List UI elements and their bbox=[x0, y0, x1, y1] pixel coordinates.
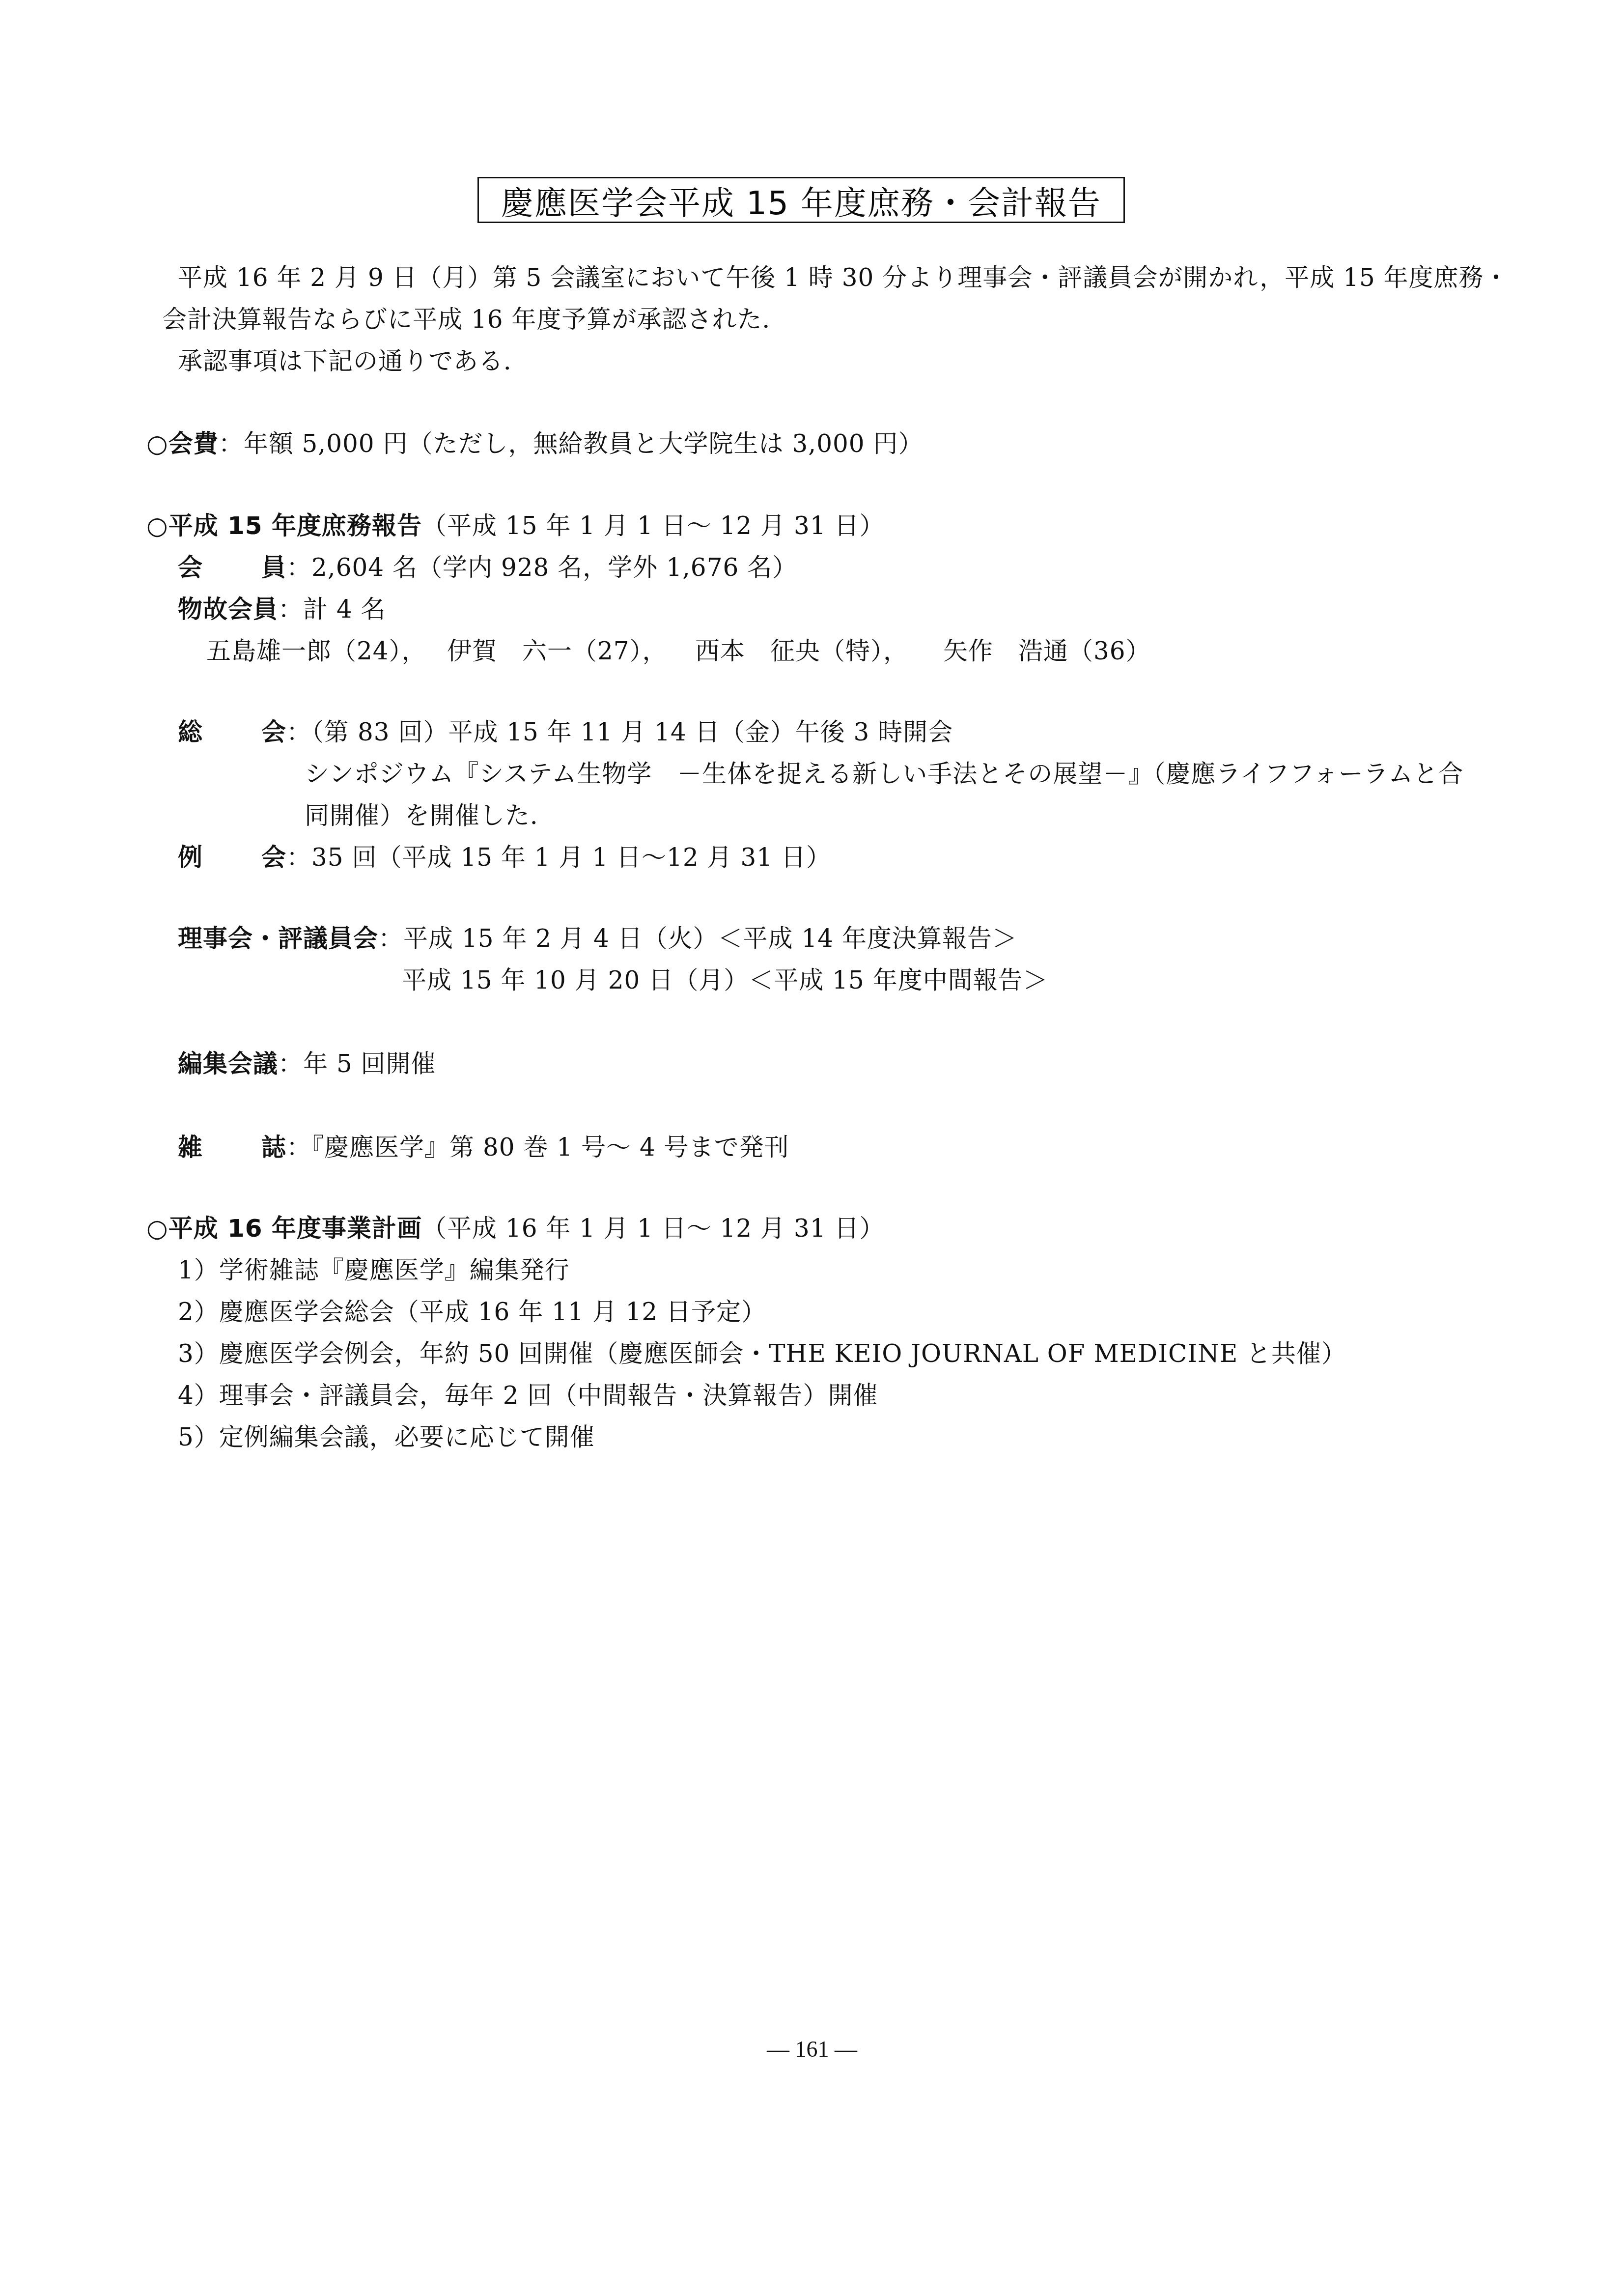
members-label-a: 会 bbox=[178, 555, 261, 580]
members-label-b: 員 bbox=[261, 553, 286, 582]
plan-item: 2）慶應医学会総会（平成 16 年 11 月 12 日予定） bbox=[178, 1300, 766, 1324]
regular-meeting-label-b: 会 bbox=[261, 843, 286, 872]
editorial-label: 編集会議 bbox=[178, 1049, 278, 1078]
deceased-name: 五島雄一郎（24）， bbox=[206, 639, 447, 663]
deceased-line: 物故会員：計 4 名 bbox=[178, 597, 386, 622]
deceased-names: 五島雄一郎（24），伊賀 六一（27），西本 征央（特），矢作 浩通（36） bbox=[206, 639, 1151, 663]
symposium-line-1: シンポジウム『システム生物学 －生体を捉える新しい手法とその展望－』（慶應ライフ… bbox=[305, 762, 1463, 786]
deceased-name: 西本 征央（特）， bbox=[695, 639, 943, 663]
deceased-name: 伊賀 六一（27）， bbox=[447, 639, 695, 663]
editorial-line: 編集会議：年 5 回開催 bbox=[178, 1051, 436, 1076]
editorial-value: ：年 5 回開催 bbox=[278, 1049, 436, 1078]
plan-item: 1）学術雑誌『慶應医学』編集発行 bbox=[178, 1258, 570, 1282]
general-meeting-label-b: 会 bbox=[261, 718, 286, 746]
intro-line-2: 会計決算報告ならびに平成 16 年度予算が承認された． bbox=[162, 307, 787, 332]
general-meeting-line: 総会：（第 83 回）平成 15 年 11 月 14 日（金）午後 3 時開会 bbox=[178, 720, 953, 744]
general-affairs-heading-line: ○平成 15 年度庶務報告（平成 15 年 1 月 1 日～ 12 月 31 日… bbox=[146, 513, 884, 538]
regular-meeting-label-a: 例 bbox=[178, 845, 261, 870]
fee-label: ○会費 bbox=[146, 429, 219, 458]
title-box: 慶應医学会平成 15 年度庶務・会計報告 bbox=[477, 177, 1125, 223]
plan-item: 4）理事会・評議員会，毎年 2 回（中間報告・決算報告）開催 bbox=[178, 1383, 878, 1408]
members-value: ：2,604 名（学内 928 名，学外 1,676 名） bbox=[286, 553, 797, 582]
page-number: ― 161 ― bbox=[0, 2038, 1624, 2061]
deceased-name: 矢作 浩通（36） bbox=[943, 639, 1151, 663]
board-label: 理事会・評議員会 bbox=[178, 924, 378, 953]
board-meeting-1: ：平成 15 年 2 月 4 日（火）＜平成 14 年度決算報告＞ bbox=[378, 924, 1017, 953]
members-line: 会員：2,604 名（学内 928 名，学外 1,676 名） bbox=[178, 555, 797, 580]
fee-line: ○会費：年額 5,000 円（ただし，無給教員と大学院生は 3,000 円） bbox=[146, 431, 924, 456]
general-affairs-period: （平成 15 年 1 月 1 日～ 12 月 31 日） bbox=[422, 511, 884, 540]
plan-period: （平成 16 年 1 月 1 日～ 12 月 31 日） bbox=[422, 1214, 884, 1243]
deceased-label: 物故会員 bbox=[178, 595, 278, 624]
journal-value: ：『慶應医学』第 80 巻 1 号～ 4 号まで発刊 bbox=[286, 1133, 789, 1162]
plan-item: 3）慶應医学会例会，年約 50 回開催（慶應医師会・THE KEIO JOURN… bbox=[178, 1341, 1346, 1366]
general-meeting-label-a: 総 bbox=[178, 720, 261, 744]
journal-label-a: 雑 bbox=[178, 1135, 261, 1160]
deceased-value: ：計 4 名 bbox=[278, 595, 386, 624]
plan-heading: ○平成 16 年度事業計画 bbox=[146, 1214, 422, 1243]
general-affairs-heading: ○平成 15 年度庶務報告 bbox=[146, 511, 422, 540]
symposium-line-2: 同開催）を開催した． bbox=[305, 803, 555, 828]
intro-line-1: 平成 16 年 2 月 9 日（月）第 5 会議室において午後 1 時 30 分… bbox=[178, 265, 1509, 290]
document-title: 慶應医学会平成 15 年度庶務・会計報告 bbox=[501, 177, 1101, 224]
regular-meeting-line: 例会：35 回（平成 15 年 1 月 1 日～12 月 31 日） bbox=[178, 845, 831, 870]
intro-line-3: 承認事項は下記の通りである． bbox=[178, 349, 529, 373]
plan-heading-line: ○平成 16 年度事業計画（平成 16 年 1 月 1 日～ 12 月 31 日… bbox=[146, 1216, 884, 1241]
general-meeting-value: ：（第 83 回）平成 15 年 11 月 14 日（金）午後 3 時開会 bbox=[286, 718, 953, 746]
journal-line: 雑誌：『慶應医学』第 80 巻 1 号～ 4 号まで発刊 bbox=[178, 1135, 789, 1160]
journal-label-b: 誌 bbox=[261, 1133, 286, 1162]
board-meeting-2: 平成 15 年 10 月 20 日（月）＜平成 15 年度中間報告＞ bbox=[402, 968, 1048, 992]
regular-meeting-value: ：35 回（平成 15 年 1 月 1 日～12 月 31 日） bbox=[286, 843, 831, 872]
board-line-1: 理事会・評議員会：平成 15 年 2 月 4 日（火）＜平成 14 年度決算報告… bbox=[178, 926, 1017, 951]
fee-value: ：年額 5,000 円（ただし，無給教員と大学院生は 3,000 円） bbox=[219, 429, 924, 458]
plan-item: 5）定例編集会議，必要に応じて開催 bbox=[178, 1425, 595, 1449]
